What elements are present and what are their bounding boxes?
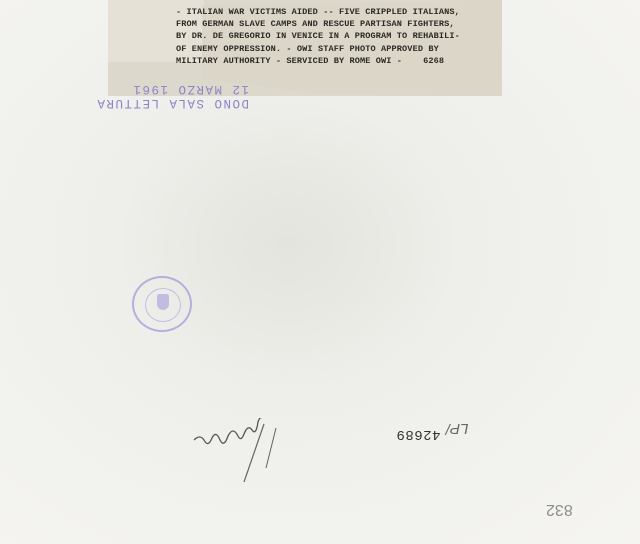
date-stamp: DONO SALA LETTURA12 MARZO 1961 bbox=[96, 82, 249, 110]
caption-line: BY DR. DE GREGORIO IN VENICE IN A PROGRA… bbox=[176, 30, 496, 42]
ink-seal bbox=[132, 276, 192, 332]
pencil-annotation: 832 bbox=[546, 500, 573, 518]
reference-number: 42689 bbox=[396, 426, 441, 442]
caption-line: FROM GERMAN SLAVE CAMPS AND RESCUE PARTI… bbox=[176, 18, 496, 30]
caption-line: OF ENEMY OPPRESSION. - OWI STAFF PHOTO A… bbox=[176, 43, 496, 55]
caption-line: - ITALIAN WAR VICTIMS AIDED -- FIVE CRIP… bbox=[176, 6, 496, 18]
stamp-line-1: 12 MARZO 1961 bbox=[96, 82, 249, 96]
caption-line: MILITARY AUTHORITY - SERVICED BY ROME OW… bbox=[176, 55, 496, 67]
typed-caption: - ITALIAN WAR VICTIMS AIDED -- FIVE CRIP… bbox=[176, 6, 496, 67]
signature-mark bbox=[186, 418, 306, 488]
reference-prefix: LP/ bbox=[446, 420, 469, 437]
shield-icon bbox=[157, 294, 169, 310]
stamp-line-2: DONO SALA LETTURA bbox=[96, 96, 249, 110]
